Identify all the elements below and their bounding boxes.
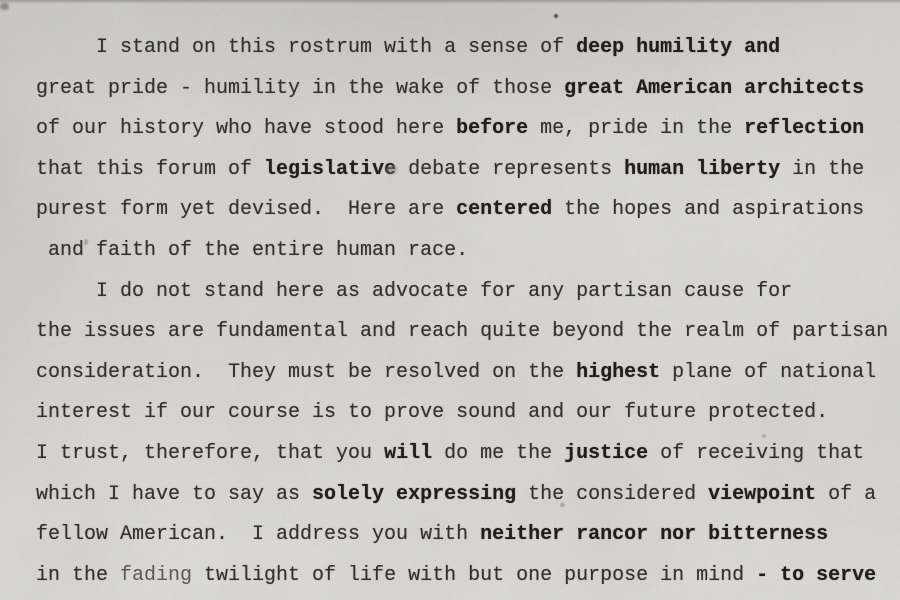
text-segment: great pride - humility in the wake of th… [36,77,564,100]
text-segment: which I have to say as [36,483,312,506]
text-line: and faith of the entire human race. [36,231,900,272]
text-segment: in the [36,564,120,587]
text-segment: twilight of life with but one purpose in… [192,564,756,587]
text-segment: neither rancor nor bitterness [480,523,828,546]
text-segment: purest form yet devised. Here are [36,198,456,221]
text-line: I trust, therefore, that you will do me … [36,434,900,475]
text-segment: - to serve [756,564,876,587]
text-line: in the fading twilight of life with but … [36,556,900,597]
text-segment: great American architects [564,77,864,100]
text-segment: viewpoint [708,483,816,506]
text-segment: the considered [516,483,708,506]
text-segment: legislative [264,158,396,181]
text-line: consideration. They must be resolved on … [36,353,900,394]
text-segment: fellow American. I address you with [36,523,480,546]
text-segment: and faith of the entire human race. [36,239,468,262]
text-segment: will [384,442,432,465]
text-segment: interest if our course is to prove sound… [36,401,828,424]
typewritten-document-page: I stand on this rostrum with a sense of … [0,0,900,600]
text-segment: consideration. They must be resolved on … [36,361,576,384]
text-line: fellow American. I address you with neit… [36,515,900,556]
text-segment: in the [780,158,864,181]
text-line: interest if our course is to prove sound… [36,393,900,434]
text-segment: I stand on this rostrum with a sense of [36,36,576,59]
text-line: that this forum of legislative debate re… [36,150,900,191]
text-segment: reflection [744,117,864,140]
text-segment: highest [576,361,660,384]
text-segment: of our history who have stood here [36,117,456,140]
text-segment: human liberty [624,158,780,181]
document-lines: I stand on this rostrum with a sense of … [0,0,900,596]
text-segment: the hopes and aspirations [552,198,864,221]
text-segment: do me the [432,442,564,465]
text-segment: of receiving that [648,442,864,465]
text-segment: before [456,117,528,140]
text-line: I stand on this rostrum with a sense of … [36,28,900,69]
text-segment: justice [564,442,648,465]
text-segment: that this forum of [36,158,264,181]
text-segment: the issues are fundamental and reach qui… [36,320,888,343]
text-segment: I trust, therefore, that you [36,442,384,465]
text-segment: fading [120,564,192,587]
text-line: purest form yet devised. Here are center… [36,190,900,231]
text-segment: plane of national [660,361,876,384]
text-segment: I do not stand here as advocate for any … [36,280,792,303]
text-segment: solely expressing [312,483,516,506]
text-line: I do not stand here as advocate for any … [36,272,900,313]
text-line: which I have to say as solely expressing… [36,475,900,516]
text-segment: debate represents [396,158,624,181]
text-segment: deep humility and [576,36,780,59]
text-segment: me, pride in the [528,117,744,140]
text-line: great pride - humility in the wake of th… [36,69,900,110]
text-line: of our history who have stood here befor… [36,109,900,150]
text-line: the issues are fundamental and reach qui… [36,312,900,353]
text-segment: centered [456,198,552,221]
text-segment: of a [816,483,876,506]
